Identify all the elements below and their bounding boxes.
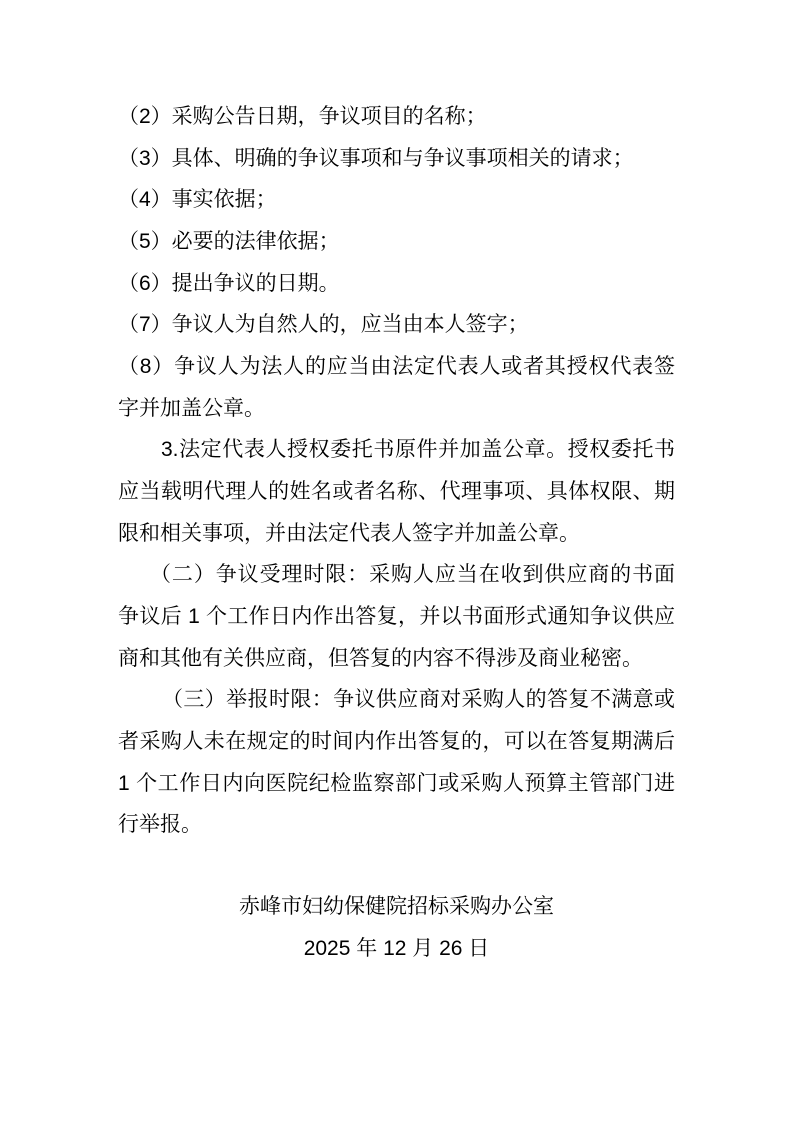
text-line: （5）必要的法律依据； bbox=[118, 221, 675, 263]
text-line: 字并加盖公章。 bbox=[118, 388, 675, 430]
text-line: 1 个工作日内向医院纪检监察部门或采购人预算主管部门进 bbox=[118, 763, 675, 805]
text-line: （2）采购公告日期，争议项目的名称； bbox=[118, 96, 675, 138]
date-line: 2025 年 12 月 26 日 bbox=[118, 928, 675, 970]
text-line: 者采购人未在规定的时间内作出答复的，可以在答复期满后 bbox=[118, 721, 675, 763]
text-line: （二）争议受理时限：采购人应当在收到供应商的书面 bbox=[118, 554, 675, 596]
text-line: （三）举报时限：争议供应商对采购人的答复不满意或 bbox=[118, 679, 675, 721]
text-line: 应当载明代理人的姓名或者名称、代理事项、具体权限、期 bbox=[118, 471, 675, 513]
text-line: 3.法定代表人授权委托书原件并加盖公章。授权委托书 bbox=[118, 429, 675, 471]
text-line: （7）争议人为自然人的，应当由本人签字； bbox=[118, 304, 675, 346]
text-line: 限和相关事项，并由法定代表人签字并加盖公章。 bbox=[118, 513, 675, 555]
text-line: （8）争议人为法人的应当由法定代表人或者其授权代表签 bbox=[118, 346, 675, 388]
text-line: 行举报。 bbox=[118, 804, 675, 846]
text-line: 商和其他有关供应商，但答复的内容不得涉及商业秘密。 bbox=[118, 638, 675, 680]
signature-line: 赤峰市妇幼保健院招标采购办公室 bbox=[118, 886, 675, 928]
text-line: （3）具体、明确的争议事项和与争议事项相关的请求； bbox=[118, 138, 675, 180]
text-line: 争议后 1 个工作日内作出答复，并以书面形式通知争议供应 bbox=[118, 596, 675, 638]
document-body: （2）采购公告日期，争议项目的名称；（3）具体、明确的争议事项和与争议事项相关的… bbox=[118, 96, 675, 846]
document-footer: 赤峰市妇幼保健院招标采购办公室 2025 年 12 月 26 日 bbox=[118, 886, 675, 969]
document-page: （2）采购公告日期，争议项目的名称；（3）具体、明确的争议事项和与争议事项相关的… bbox=[0, 0, 793, 1121]
text-line: （6）提出争议的日期。 bbox=[118, 263, 675, 305]
text-line: （4）事实依据； bbox=[118, 179, 675, 221]
